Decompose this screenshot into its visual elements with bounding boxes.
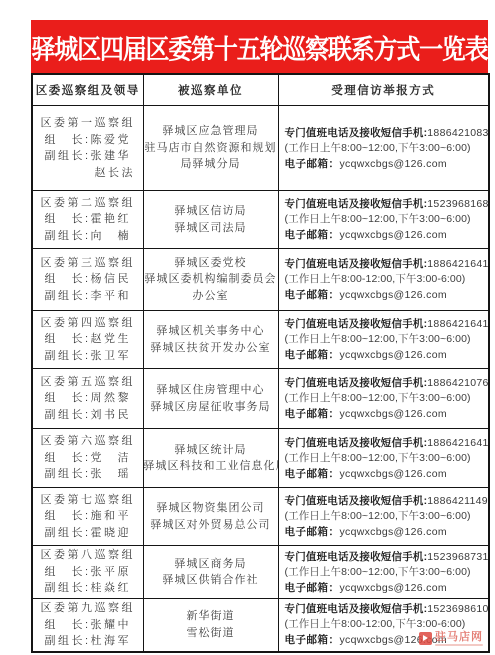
group-leader-line: 副组长:杜海军 (33, 633, 143, 650)
group-leader-line: 组 长:张耀中 (33, 617, 143, 634)
zhumadian-net-logo-icon (419, 632, 432, 645)
inspected-units-cell: 驿城区住房管理中心驿城区房屋征收事务局 (143, 369, 278, 429)
group-leader-line: 副组长:张建华 (33, 148, 143, 165)
inspected-units-cell: 驿城区机关事务中心驿城区扶贫开发办公室 (143, 311, 278, 369)
group-leaders-cell: 区委第二巡察组组 长:霍艳红副组长:向 楠 (32, 191, 143, 249)
phone-number: 15239687315 (427, 551, 489, 563)
contact-methods-cell: 专门值班电话及接收短信手机:15239681680(工作日上午8:00~12:0… (278, 191, 489, 249)
table-body: 区委第一巡察组组 长:陈爱党副组长:张建华 赵长法驿城区应急管理局驻马店市自然资… (32, 106, 489, 652)
email-address: ycqwxcbgs@126.com (340, 468, 447, 480)
phone-number: 18864210831 (427, 127, 489, 139)
email-line: 电子邮箱：ycqwxcbgs@126.com (285, 406, 487, 422)
inspected-unit-line: 驿城区对外贸易总公司 (144, 517, 278, 534)
phone-line: 专门值班电话及接收短信手机:18864216413 (285, 256, 487, 272)
group-leader-line: 区委第七巡察组 (33, 492, 143, 509)
inspected-units-cell: 驿城区信访局驿城区司法局 (143, 191, 278, 249)
phone-number: 18864216413 (427, 258, 489, 270)
group-leaders-cell: 区委第五巡察组组 长:周然黎副组长:刘书民 (32, 369, 143, 429)
group-leader-line: 副组长:张 瑶 (33, 466, 143, 483)
inspected-unit-line: 驿城区信访局 (144, 203, 278, 220)
contact-methods-cell: 专门值班电话及接收短信手机:18864211493(工作日上午8:00~12:0… (278, 488, 489, 546)
group-leader-line: 组 长:陈爱党 (33, 132, 143, 149)
working-hours: (工作日上午8:00~12:00,下午3:00~6:00) (285, 451, 487, 466)
inspected-unit-line: 驿城区科技和工业信息化局 (144, 458, 278, 475)
email-address: ycqwxcbgs@126.com (340, 408, 447, 420)
table-row: 区委第二巡察组组 长:霍艳红副组长:向 楠驿城区信访局驿城区司法局专门值班电话及… (32, 191, 489, 249)
group-leader-line: 区委第二巡察组 (33, 195, 143, 212)
phone-number: 18864211493 (427, 495, 489, 507)
phone-line: 专门值班电话及接收短信手机:18864210831 (285, 125, 487, 141)
phone-line: 专门值班电话及接收短信手机:18864216413 (285, 316, 487, 332)
email-line: 电子邮箱：ycqwxcbgs@126.com (285, 347, 487, 363)
working-hours: (工作日上午8:00~12:00,下午3:00~6:00) (285, 391, 487, 406)
email-address: ycqwxcbgs@126.com (340, 526, 447, 538)
email-line: 电子邮箱：ycqwxcbgs@126.com (285, 466, 487, 482)
group-leaders-cell: 区委第九巡察组组 长:张耀中副组长:杜海军 (32, 599, 143, 652)
group-leader-line: 组 长:霍艳红 (33, 211, 143, 228)
inspected-unit-line: 驿城区委党校 (144, 255, 278, 272)
inspected-unit-line: 驿城区住房管理中心 (144, 382, 278, 399)
group-leader-line: 组 长:施和平 (33, 508, 143, 525)
contact-methods-cell: 专门值班电话及接收短信手机:18864216413(工作日上午8:00~12:0… (278, 311, 489, 369)
inspected-unit-line: 驿城区商务局 (144, 556, 278, 573)
inspected-unit-line: 驿城区供销合作社 (144, 572, 278, 589)
phone-line: 专门值班电话及接收短信手机:18864210764 (285, 375, 487, 391)
inspected-unit-line: 驿城区委机构编制委员会 (144, 271, 278, 288)
table-row: 区委第六巡察组组 长:党 洁副组长:张 瑶驿城区统计局驿城区科技和工业信息化局专… (32, 429, 489, 488)
table-row: 区委第三巡察组组 长:杨信民副组长:李平和驿城区委党校驿城区委机构编制委员会办公… (32, 249, 489, 311)
inspected-units-cell: 驿城区统计局驿城区科技和工业信息化局 (143, 429, 278, 488)
inspected-unit-line: 驿城区房屋征收事务局 (144, 399, 278, 416)
phone-number: 15239681680 (427, 198, 489, 210)
inspected-units-cell: 驿城区委党校驿城区委机构编制委员会办公室 (143, 249, 278, 311)
phone-line: 专门值班电话及接收短信手机:15239681680 (285, 196, 487, 212)
contact-methods-cell: 专门值班电话及接收短信手机:18864210764(工作日上午8:00~12:0… (278, 369, 489, 429)
phone-label: 专门值班电话及接收短信手机: (285, 551, 428, 563)
column-header-unit: 被巡察单位 (143, 74, 278, 106)
inspected-unit-line: 驻马店市自然资源和规划 (144, 140, 278, 157)
group-leader-line: 副组长:李平和 (33, 288, 143, 305)
email-label: 电子邮箱： (285, 634, 340, 646)
group-leader-line: 区委第一巡察组 (33, 115, 143, 132)
group-leaders-cell: 区委第六巡察组组 长:党 洁副组长:张 瑶 (32, 429, 143, 488)
email-address: ycqwxcbgs@126.com (340, 229, 447, 241)
inspected-unit-line: 驿城区统计局 (144, 442, 278, 459)
working-hours: (工作日上午8:00-12:00,下午3:00-6:00) (285, 272, 487, 287)
phone-label: 专门值班电话及接收短信手机: (285, 127, 428, 139)
title-banner: 驿城区四届区委第十五轮巡察联系方式一览表 (31, 20, 488, 73)
phone-line: 专门值班电话及接收短信手机:18864216413 (285, 435, 487, 451)
email-line: 电子邮箱：ycqwxcbgs@126.com (285, 580, 487, 596)
email-line: 电子邮箱：ycqwxcbgs@126.com (285, 287, 487, 303)
inspected-unit-line: 局驿城分局 (144, 156, 278, 173)
page-title: 驿城区四届区委第十五轮巡察联系方式一览表 (32, 27, 488, 66)
phone-label: 专门值班电话及接收短信手机: (285, 377, 428, 389)
table-row: 区委第七巡察组组 长:施和平副组长:霍晓迎驿城区物资集团公司驿城区对外贸易总公司… (32, 488, 489, 546)
inspected-unit-line: 驿城区司法局 (144, 220, 278, 237)
announcement-sheet: 驿城区四届区委第十五轮巡察联系方式一览表 区委巡察组及领导 被巡察单位 受理信访… (31, 20, 488, 653)
working-hours: (工作日上午8:00~12:00,下午3:00~6:00) (285, 565, 487, 580)
inspected-units-cell: 驿城区物资集团公司驿城区对外贸易总公司 (143, 488, 278, 546)
phone-line: 专门值班电话及接收短信手机:18864211493 (285, 493, 487, 509)
table-row: 区委第四巡察组组 长:赵党生副组长:张卫军驿城区机关事务中心驿城区扶贫开发办公室… (32, 311, 489, 369)
group-leader-line: 组 长:张平原 (33, 564, 143, 581)
group-leader-line: 副组长:向 楠 (33, 228, 143, 245)
contact-methods-cell: 专门值班电话及接收短信手机:18864216413(工作日上午8:00~12:0… (278, 429, 489, 488)
working-hours: (工作日上午8:00~12:00,下午3:00~6:00) (285, 212, 487, 227)
email-address: ycqwxcbgs@126.com (340, 349, 447, 361)
email-address: ycqwxcbgs@126.com (340, 582, 447, 594)
group-leader-line: 组 长:周然黎 (33, 390, 143, 407)
table-row: 区委第八巡察组组 长:张平原副组长:桂焱红驿城区商务局驿城区供销合作社专门值班电… (32, 546, 489, 599)
phone-number: 18864216413 (427, 318, 489, 330)
email-address: ycqwxcbgs@126.com (340, 158, 447, 170)
group-leader-line: 副组长:张卫军 (33, 348, 143, 365)
inspected-unit-line: 驿城区机关事务中心 (144, 323, 278, 340)
contact-methods-cell: 专门值班电话及接收短信手机:18864210831(工作日上午8:00~12:0… (278, 106, 489, 191)
group-leader-line: 副组长:刘书民 (33, 407, 143, 424)
watermark-underline (435, 644, 483, 646)
inspected-unit-line: 驿城区应急管理局 (144, 123, 278, 140)
phone-label: 专门值班电话及接收短信手机: (285, 198, 428, 210)
email-label: 电子邮箱： (285, 408, 340, 420)
phone-label: 专门值班电话及接收短信手机: (285, 258, 428, 270)
table-row: 区委第五巡察组组 长:周然黎副组长:刘书民驿城区住房管理中心驿城区房屋征收事务局… (32, 369, 489, 429)
group-leader-line: 组 长:赵党生 (33, 331, 143, 348)
inspected-unit-line: 新华街道 (144, 608, 278, 625)
inspected-units-cell: 驿城区应急管理局驻马店市自然资源和规划局驿城分局 (143, 106, 278, 191)
phone-label: 专门值班电话及接收短信手机: (285, 318, 428, 330)
group-leader-line: 区委第四巡察组 (33, 315, 143, 332)
phone-label: 专门值班电话及接收短信手机: (285, 603, 428, 615)
group-leader-line: 组 长:党 洁 (33, 450, 143, 467)
group-leader-line: 区委第六巡察组 (33, 433, 143, 450)
contact-table: 区委巡察组及领导 被巡察单位 受理信访举报方式 区委第一巡察组组 长:陈爱党副组… (31, 73, 490, 653)
phone-number: 18864216413 (427, 437, 489, 449)
inspected-unit-line: 驿城区扶贫开发办公室 (144, 340, 278, 357)
group-leader-line: 副组长:霍晓迎 (33, 525, 143, 542)
group-leader-line: 区委第三巡察组 (33, 255, 143, 272)
group-leader-line: 区委第五巡察组 (33, 374, 143, 391)
email-line: 电子邮箱：ycqwxcbgs@126.com (285, 156, 487, 172)
group-leaders-cell: 区委第三巡察组组 长:杨信民副组长:李平和 (32, 249, 143, 311)
phone-number: 18864210764 (427, 377, 489, 389)
email-label: 电子邮箱： (285, 526, 340, 538)
email-label: 电子邮箱： (285, 158, 340, 170)
group-leaders-cell: 区委第四巡察组组 长:赵党生副组长:张卫军 (32, 311, 143, 369)
email-address: ycqwxcbgs@126.com (340, 289, 447, 301)
phone-line: 专门值班电话及接收短信手机:15236986101 (285, 601, 487, 617)
phone-label: 专门值班电话及接收短信手机: (285, 495, 428, 507)
email-label: 电子邮箱： (285, 229, 340, 241)
phone-label: 专门值班电话及接收短信手机: (285, 437, 428, 449)
working-hours: (工作日上午8:00~12:00,下午3:00~6:00) (285, 509, 487, 524)
email-label: 电子邮箱： (285, 349, 340, 361)
email-line: 电子邮箱：ycqwxcbgs@126.com (285, 227, 487, 243)
watermark-text: 驻马店网 (435, 631, 483, 643)
group-leader-line: 赵长法 (33, 165, 143, 182)
inspected-unit-line: 驿城区物资集团公司 (144, 500, 278, 517)
email-label: 电子邮箱： (285, 582, 340, 594)
contact-methods-cell: 专门值班电话及接收短信手机:15239687315(工作日上午8:00~12:0… (278, 546, 489, 599)
inspected-unit-line: 雪松街道 (144, 625, 278, 642)
group-leader-line: 组 长:杨信民 (33, 271, 143, 288)
inspected-units-cell: 新华街道雪松街道 (143, 599, 278, 652)
inspected-units-cell: 驿城区商务局驿城区供销合作社 (143, 546, 278, 599)
phone-number: 15236986101 (427, 603, 489, 615)
column-header-contact: 受理信访举报方式 (278, 74, 489, 106)
group-leaders-cell: 区委第七巡察组组 长:施和平副组长:霍晓迎 (32, 488, 143, 546)
email-line: 电子邮箱：ycqwxcbgs@126.com (285, 524, 487, 540)
group-leaders-cell: 区委第一巡察组组 长:陈爱党副组长:张建华 赵长法 (32, 106, 143, 191)
email-label: 电子邮箱： (285, 289, 340, 301)
working-hours: (工作日上午8:00~12:00,下午3:00~6:00) (285, 141, 487, 156)
watermark: 驻马店网 (419, 631, 483, 646)
group-leader-line: 区委第八巡察组 (33, 547, 143, 564)
inspected-unit-line: 办公室 (144, 288, 278, 305)
group-leader-line: 区委第九巡察组 (33, 600, 143, 617)
email-label: 电子邮箱： (285, 468, 340, 480)
table-row: 区委第一巡察组组 长:陈爱党副组长:张建华 赵长法驿城区应急管理局驻马店市自然资… (32, 106, 489, 191)
header-row: 区委巡察组及领导 被巡察单位 受理信访举报方式 (32, 74, 489, 106)
phone-line: 专门值班电话及接收短信手机:15239687315 (285, 549, 487, 565)
group-leaders-cell: 区委第八巡察组组 长:张平原副组长:桂焱红 (32, 546, 143, 599)
contact-methods-cell: 专门值班电话及接收短信手机:18864216413(工作日上午8:00-12:0… (278, 249, 489, 311)
column-header-group: 区委巡察组及领导 (32, 74, 143, 106)
working-hours: (工作日上午8:00~12:00,下午3:00~6:00) (285, 332, 487, 347)
group-leader-line: 副组长:桂焱红 (33, 580, 143, 597)
